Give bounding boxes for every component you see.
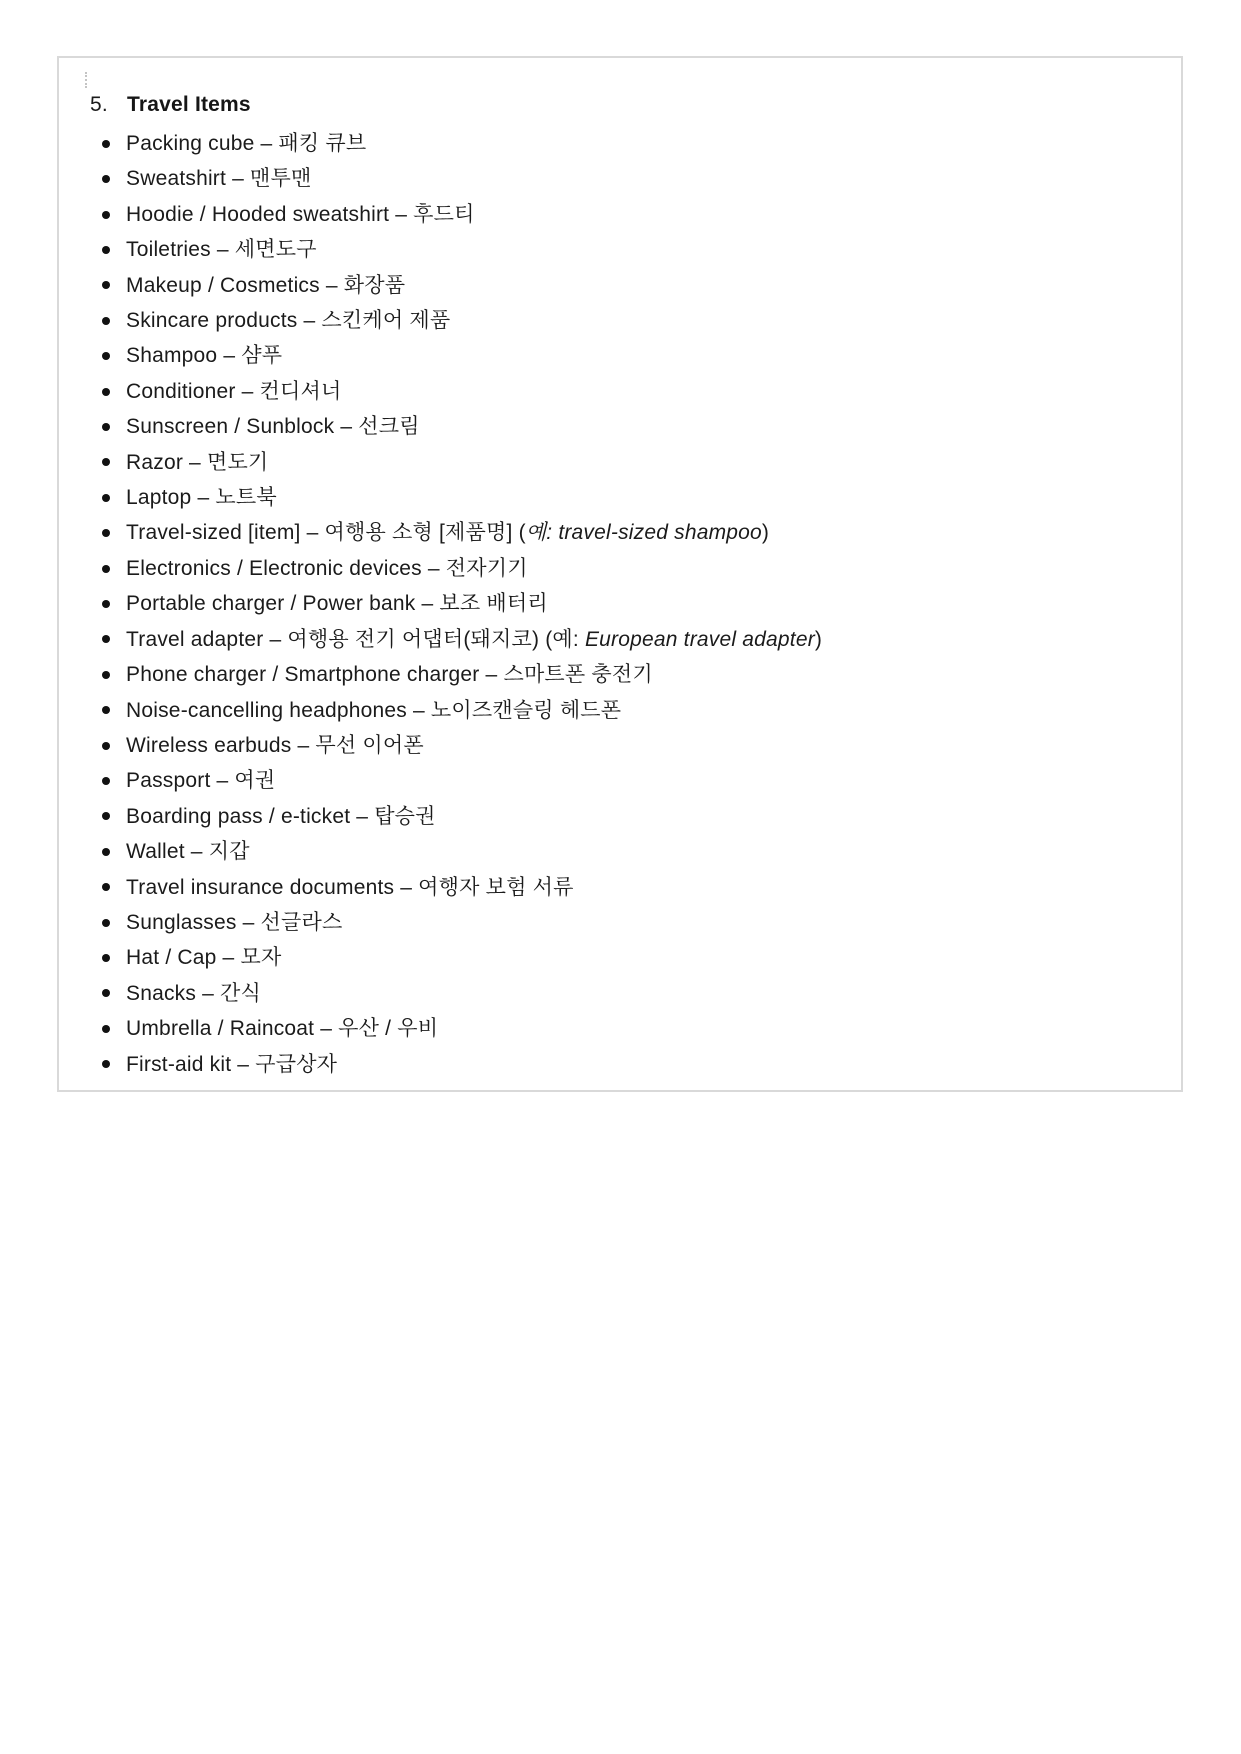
item-text: Umbrella / Raincoat – 우산 / 우비 [126,1017,438,1040]
list-item: Portable charger / Power bank – 보조 배터리 [59,586,1181,621]
item-text: Portable charger / Power bank – 보조 배터리 [126,592,548,615]
text-cursor-artifact [85,72,87,88]
section-number: 5. [90,90,127,120]
item-text: Hat / Cap – 모자 [126,946,281,969]
list-item: Conditioner – 컨디셔너 [59,374,1181,409]
bullet-icon [102,140,110,148]
item-text: Passport – 여권 [126,769,275,792]
item-text: Conditioner – 컨디셔너 [126,380,342,403]
item-text: Electronics / Electronic devices – 전자기기 [126,557,528,580]
list-item: Makeup / Cosmetics – 화장품 [59,268,1181,303]
item-text: Laptop – 노트북 [126,486,277,509]
bullet-icon [102,919,110,927]
section-heading: 5. Travel Items [90,90,1181,120]
list-item: Razor – 면도기 [59,445,1181,480]
item-text: Sweatshirt – 맨투맨 [126,167,311,190]
bullet-icon [102,989,110,997]
list-item: Hat / Cap – 모자 [59,940,1181,975]
item-text: Travel-sized [item] – 여행용 소형 [제품명] (예: t… [126,521,769,544]
bullet-icon [102,211,110,219]
list-item: Travel-sized [item] – 여행용 소형 [제품명] (예: t… [59,515,1181,550]
item-text: Sunscreen / Sunblock – 선크림 [126,415,420,438]
list-item: Sweatshirt – 맨투맨 [59,161,1181,196]
list-item: Boarding pass / e-ticket – 탑승권 [59,799,1181,834]
bullet-icon [102,565,110,573]
bullet-icon [102,246,110,254]
list-item: Sunglasses – 선글라스 [59,905,1181,940]
item-text: Noise-cancelling headphones – 노이즈캔슬링 헤드폰 [126,699,621,722]
item-text: First-aid kit – 구급상자 [126,1053,337,1076]
item-text: Hoodie / Hooded sweatshirt – 후드티 [126,203,475,226]
bullet-icon [102,1060,110,1068]
item-text: Toiletries – 세면도구 [126,238,317,261]
bullet-icon [102,848,110,856]
bullet-icon [102,494,110,502]
item-text: Skincare products – 스킨케어 제품 [126,309,450,332]
bullet-icon [102,529,110,537]
item-text: Shampoo – 샴푸 [126,344,282,367]
item-text: Razor – 면도기 [126,451,268,474]
document-page: 5. Travel Items Packing cube – 패킹 큐브Swea… [0,0,1241,1754]
list-item: Umbrella / Raincoat – 우산 / 우비 [59,1011,1181,1046]
list-item: Electronics / Electronic devices – 전자기기 [59,551,1181,586]
bullet-icon [102,281,110,289]
list-item: Hoodie / Hooded sweatshirt – 후드티 [59,197,1181,232]
list-item: Skincare products – 스킨케어 제품 [59,303,1181,338]
bullet-icon [102,458,110,466]
travel-items-list: Packing cube – 패킹 큐브Sweatshirt – 맨투맨Hood… [59,126,1181,1082]
list-item: First-aid kit – 구급상자 [59,1047,1181,1082]
item-text: Makeup / Cosmetics – 화장품 [126,274,405,297]
list-item: Noise-cancelling headphones – 노이즈캔슬링 헤드폰 [59,693,1181,728]
item-text: Phone charger / Smartphone charger – 스마트… [126,663,653,686]
bullet-icon [102,175,110,183]
item-text: Boarding pass / e-ticket – 탑승권 [126,805,436,828]
item-text: Sunglasses – 선글라스 [126,911,342,934]
bullet-icon [102,812,110,820]
list-item: Wallet – 지갑 [59,834,1181,869]
list-item: Travel adapter – 여행용 전기 어댑터(돼지코) (예: Eur… [59,622,1181,657]
item-text: Wireless earbuds – 무선 이어폰 [126,734,424,757]
bullet-icon [102,317,110,325]
list-item: Travel insurance documents – 여행자 보험 서류 [59,870,1181,905]
list-item: Wireless earbuds – 무선 이어폰 [59,728,1181,763]
bullet-icon [102,777,110,785]
list-item: Phone charger / Smartphone charger – 스마트… [59,657,1181,692]
list-item: Passport – 여권 [59,763,1181,798]
list-item: Packing cube – 패킹 큐브 [59,126,1181,161]
bullet-icon [102,742,110,750]
section-title: Travel Items [127,90,251,120]
content-card: 5. Travel Items Packing cube – 패킹 큐브Swea… [57,56,1183,1092]
list-item: Toiletries – 세면도구 [59,232,1181,267]
item-text: Wallet – 지갑 [126,840,250,863]
bullet-icon [102,706,110,714]
list-item: Sunscreen / Sunblock – 선크림 [59,409,1181,444]
bullet-icon [102,423,110,431]
bullet-icon [102,671,110,679]
bullet-icon [102,388,110,396]
bullet-icon [102,600,110,608]
item-text: Travel insurance documents – 여행자 보험 서류 [126,876,574,899]
bullet-icon [102,883,110,891]
item-text: Packing cube – 패킹 큐브 [126,132,366,155]
list-item: Laptop – 노트북 [59,480,1181,515]
bullet-icon [102,1025,110,1033]
bullet-icon [102,635,110,643]
item-text: Snacks – 간식 [126,982,261,1005]
list-item: Shampoo – 샴푸 [59,338,1181,373]
bullet-icon [102,352,110,360]
bullet-icon [102,954,110,962]
list-item: Snacks – 간식 [59,976,1181,1011]
item-text: Travel adapter – 여행용 전기 어댑터(돼지코) (예: Eur… [126,628,822,651]
